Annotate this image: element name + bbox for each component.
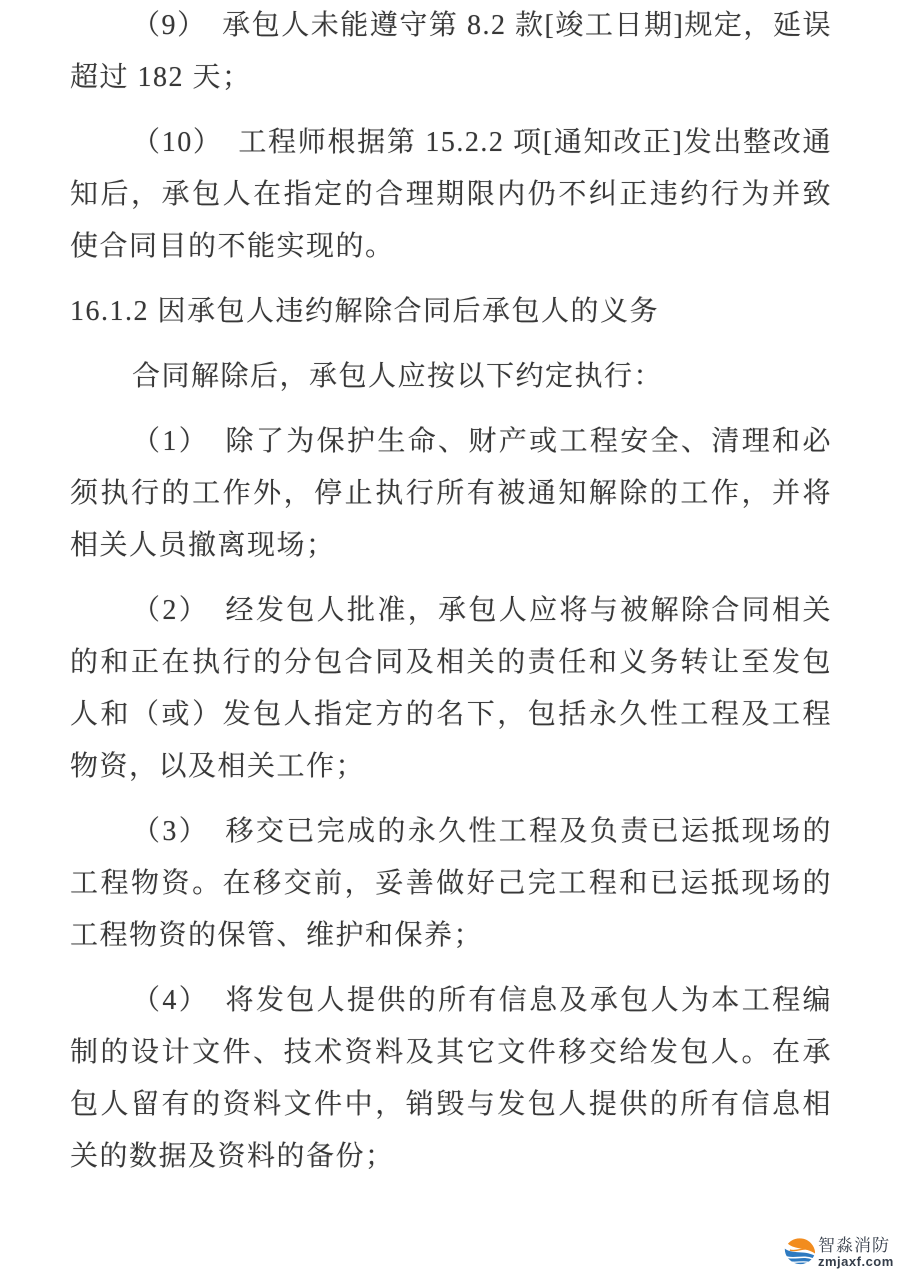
brand-logo-icon xyxy=(784,1237,815,1268)
section-heading-16-1-2: 16.1.2 因承包人违约解除合同后承包人的义务 xyxy=(70,286,832,338)
clause-9: （9） 承包人未能遵守第 8.2 款[竣工日期]规定，延误超过 182 天； xyxy=(70,0,832,104)
intro-line: 合同解除后，承包人应按以下约定执行： xyxy=(70,351,832,403)
scanned-document-page: （9） 承包人未能遵守第 8.2 款[竣工日期]规定，延误超过 182 天； （… xyxy=(0,0,899,1274)
clause-1: （1） 除了为保护生命、财产或工程安全、清理和必须执行的工作外，停止执行所有被通… xyxy=(70,416,832,572)
clause-10: （10） 工程师根据第 15.2.2 项[通知改正]发出整改通知后，承包人在指定… xyxy=(70,117,832,273)
brand-name: 智淼消防 xyxy=(818,1236,894,1255)
site-watermark: 智淼消防 zmjaxf.com xyxy=(784,1236,894,1268)
document-body: （9） 承包人未能遵守第 8.2 款[竣工日期]规定，延误超过 182 天； （… xyxy=(70,0,832,1196)
brand-text-block: 智淼消防 zmjaxf.com xyxy=(818,1236,894,1268)
clause-2: （2） 经发包人批准，承包人应将与被解除合同相关的和正在执行的分包合同及相关的责… xyxy=(70,585,832,793)
clause-4: （4） 将发包人提供的所有信息及承包人为本工程编制的设计文件、技术资料及其它文件… xyxy=(70,975,832,1183)
clause-3: （3） 移交已完成的永久性工程及负责已运抵现场的工程物资。在移交前，妥善做好己完… xyxy=(70,806,832,962)
brand-url: zmjaxf.com xyxy=(818,1255,894,1268)
